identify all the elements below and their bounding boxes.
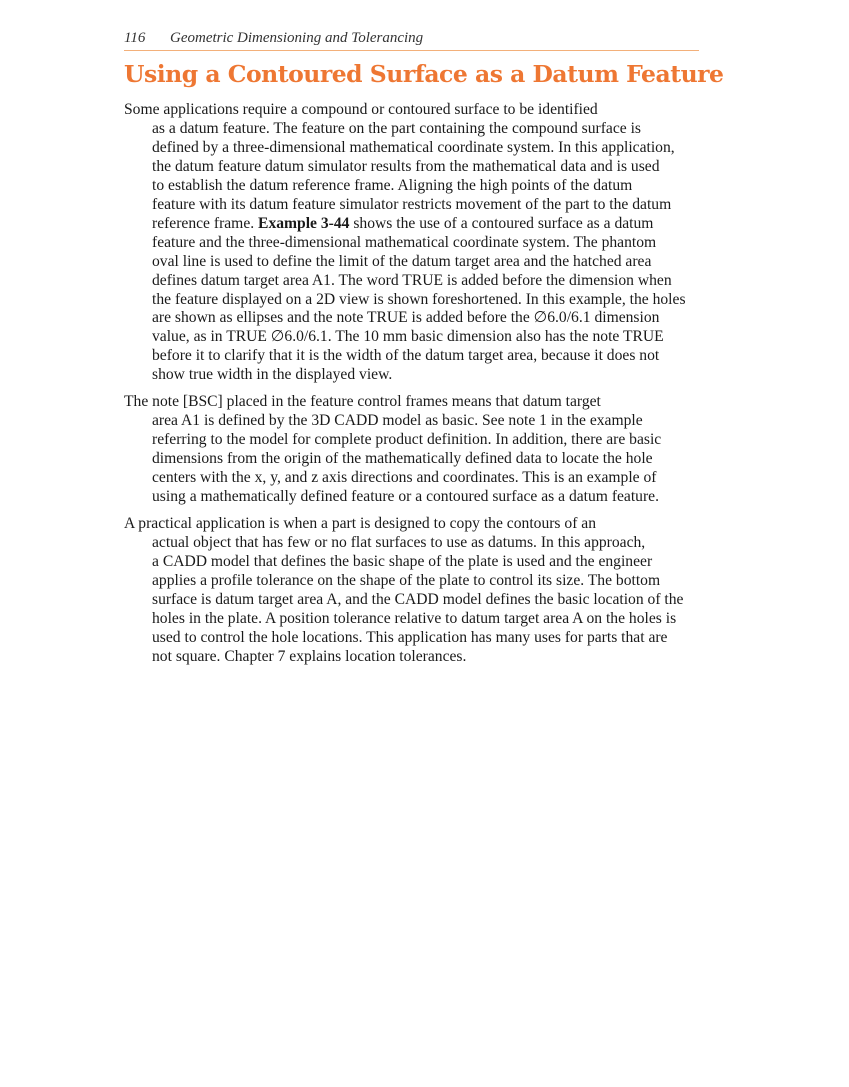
text-line: the feature displayed on a 2D view is sh… [124,291,704,310]
section-title: Using a Contoured Surface as a Datum Fea… [124,60,699,88]
text-line: A practical application is when a part i… [124,515,704,534]
text-line: The note [BSC] placed in the feature con… [124,393,704,412]
text-line: show true width in the displayed view. [124,366,704,385]
text-line: to establish the datum reference frame. … [124,177,704,196]
text-line: surface is datum target area A, and the … [124,591,704,610]
text-line: are shown as ellipses and the note TRUE … [124,309,704,328]
page-number: 116 [124,30,170,47]
text-line: holes in the plate. A position tolerance… [124,610,704,629]
text-line: before it to clarify that it is the widt… [124,347,704,366]
text-line: value, as in TRUE ∅6.0/6.1. The 10 mm ba… [124,328,704,347]
text-line: referring to the model for complete prod… [124,431,704,450]
book-title: Geometric Dimensioning and Tolerancing [170,30,423,46]
text-fragment: reference frame. [152,215,258,232]
text-line: defines datum target area A1. The word T… [124,272,704,291]
text-line: not square. Chapter 7 explains location … [124,648,704,667]
example-reference: Example 3-44 [258,215,349,232]
text-line: used to control the hole locations. This… [124,629,704,648]
text-line: feature and the three-dimensional mathem… [124,234,704,253]
running-head: 116Geometric Dimensioning and Tolerancin… [124,30,699,51]
body-text: Some applications require a compound or … [124,101,704,675]
text-line: area A1 is defined by the 3D CADD model … [124,412,704,431]
text-line: a CADD model that defines the basic shap… [124,553,704,572]
paragraph-1: Some applications require a compound or … [124,101,704,385]
text-line: oval line is used to define the limit of… [124,253,704,272]
paragraph-3: A practical application is when a part i… [124,515,704,667]
text-fragment: shows the use of a contoured surface as … [349,215,653,232]
text-line: actual object that has few or no flat su… [124,534,704,553]
text-line: applies a profile tolerance on the shape… [124,572,704,591]
text-line: reference frame. Example 3-44 shows the … [124,215,704,234]
text-line: the datum feature datum simulator result… [124,158,704,177]
text-line: as a datum feature. The feature on the p… [124,120,704,139]
text-line: defined by a three-dimensional mathemati… [124,139,704,158]
text-line: dimensions from the origin of the mathem… [124,450,704,469]
text-line: feature with its datum feature simulator… [124,196,704,215]
text-line: using a mathematically defined feature o… [124,488,704,507]
paragraph-2: The note [BSC] placed in the feature con… [124,393,704,507]
text-line: Some applications require a compound or … [124,101,704,120]
text-line: centers with the x, y, and z axis direct… [124,469,704,488]
